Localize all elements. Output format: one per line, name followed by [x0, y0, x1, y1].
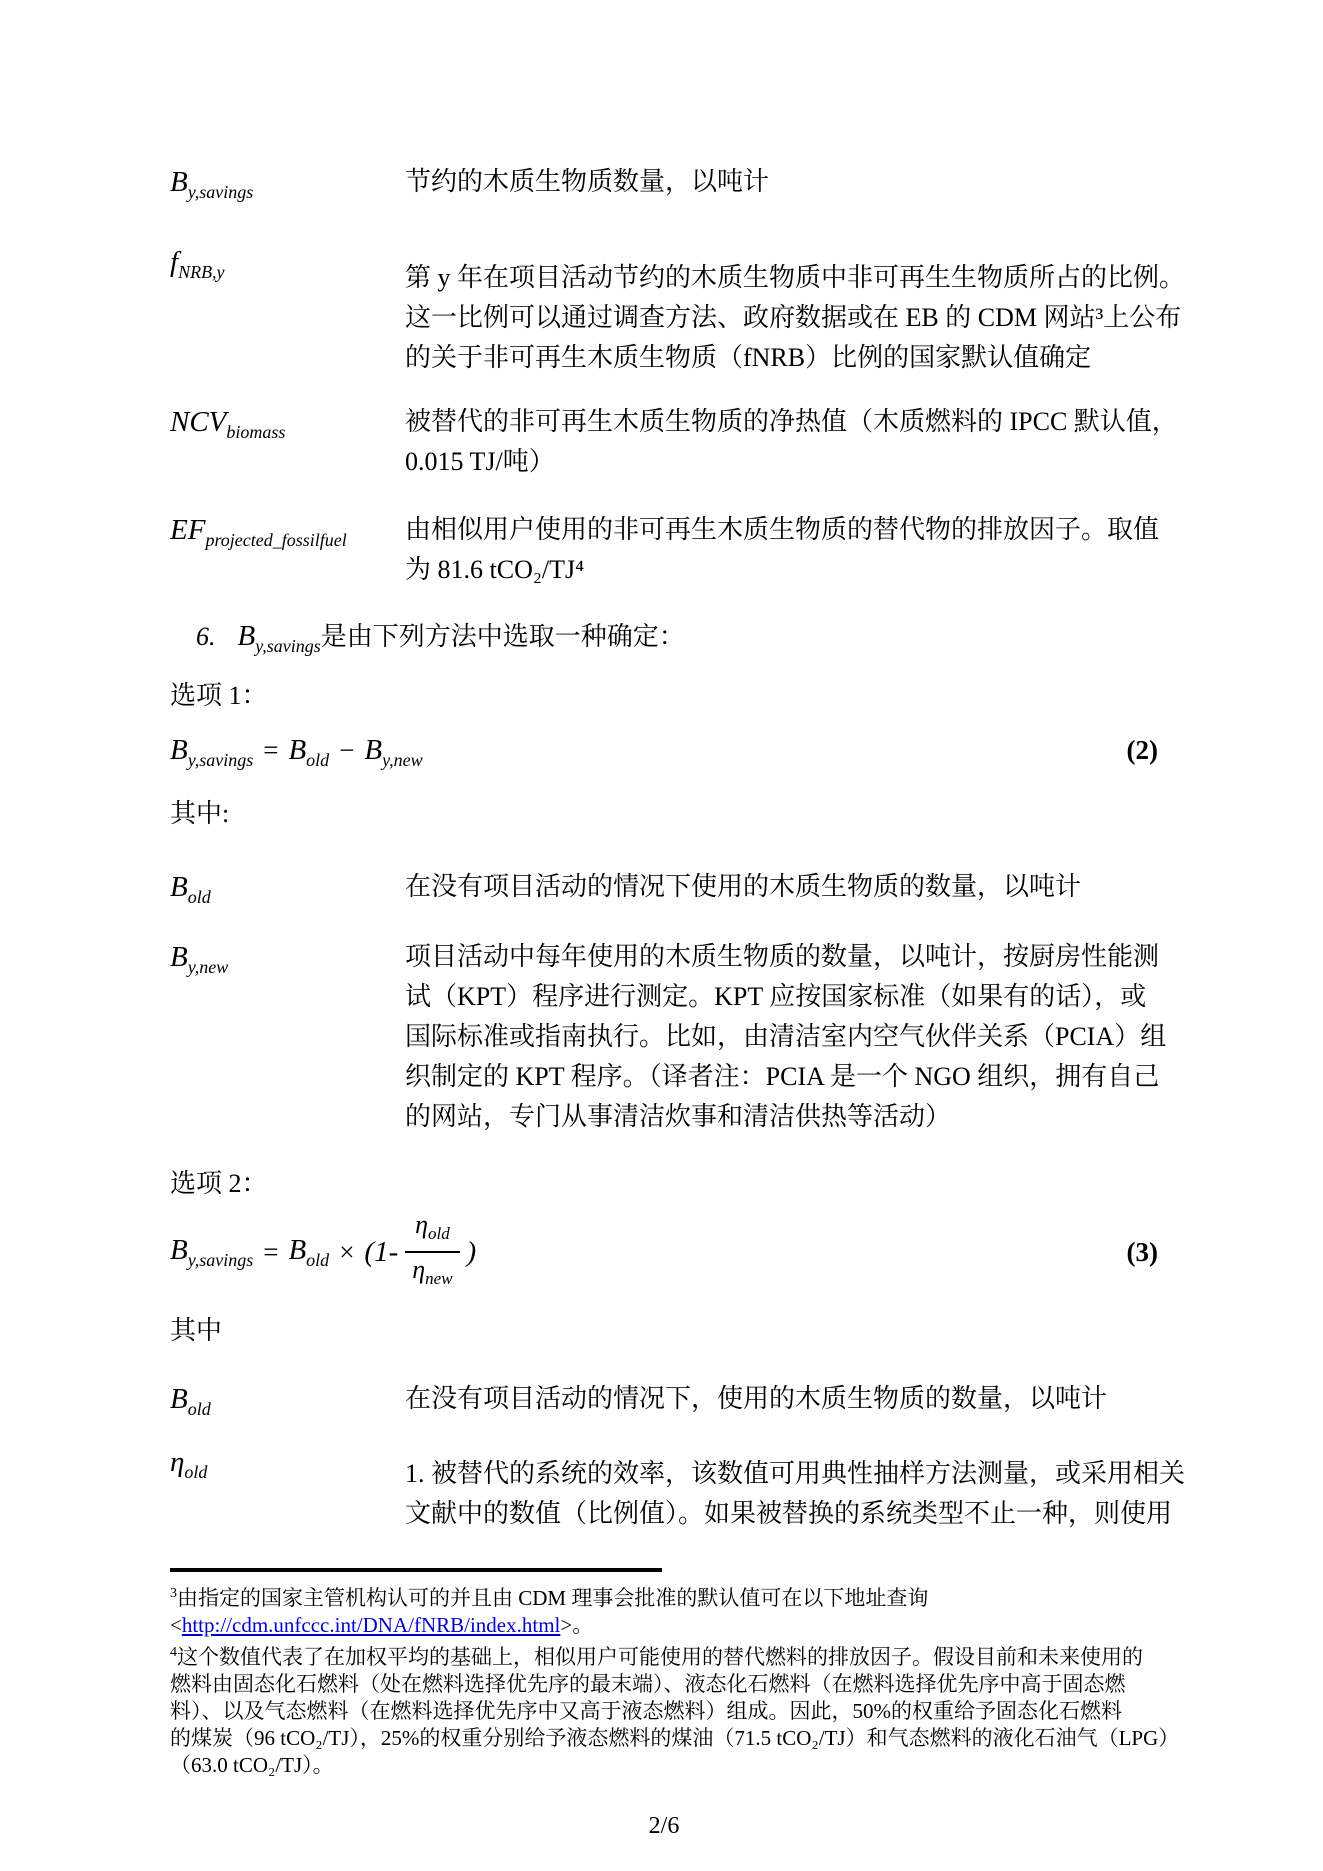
footnotes: 3由指定的国家主管机构认可的并且由 CDM 理事会批准的默认值可在以下地址查询 …	[170, 1580, 1158, 1779]
term-subscript: y,new	[188, 957, 229, 977]
term-base: B	[170, 1383, 188, 1415]
variable: Bold	[288, 1234, 329, 1271]
definition-text: 1. 被替代的系统的效率，该数值可用典性抽样方法测量，或采用相关 文献中的数值（…	[405, 1442, 1185, 1534]
definition-line: 这一比例可以通过调查方法、政府数据或在 EB 的 CDM 网站³上公布	[405, 298, 1185, 338]
fraction-numerator: ηold	[405, 1208, 460, 1253]
term-base: B	[170, 871, 188, 903]
term-base: EF	[170, 514, 205, 546]
fraction-denominator: ηnew	[402, 1253, 462, 1296]
definition-row: NCVbiomass 被替代的非可再生木质生物质的净热值（木质燃料的 IPCC …	[170, 402, 1158, 482]
option-2-label: 选项 2：	[170, 1164, 1158, 1204]
term-subscript: y,savings	[255, 636, 321, 656]
term-subscript: y,savings	[188, 1250, 254, 1270]
term-subscript: projected_fossilfuel	[205, 530, 346, 550]
definition-line: 国际标准或指南执行。比如，由清洁室内空气伙伴关系（PCIA）组	[405, 1017, 1166, 1057]
term-base: B	[364, 734, 382, 766]
term-subscript: y,savings	[188, 182, 254, 202]
footnote-text: 这个数值代表了在加权平均的基础上，相似用户可能使用的替代燃料的排放因子。假设目前…	[177, 1645, 1143, 1669]
variable: By,savings	[170, 728, 253, 783]
term-base: B	[170, 734, 188, 766]
term-symbol: EFprojected_fossilfuel	[170, 510, 405, 560]
footnote-4-line: 的煤炭（96 tCO₂/TJ），25%的权重分别给予液态燃料的煤油（71.5 t…	[170, 1725, 1158, 1752]
equation-number: (3)	[1127, 1237, 1158, 1268]
operator-minus: −	[339, 728, 354, 773]
term-symbol: By,savings	[170, 162, 405, 212]
variable: Bold	[288, 728, 329, 783]
document-page: By,savings 节约的木质生物质数量，以吨计 fNRB,y 第 y 年在项…	[0, 0, 1323, 1871]
footnote-text: 由指定的国家主管机构认可的并且由 CDM 理事会批准的默认值可在以下地址查询	[177, 1586, 928, 1610]
definition-text: 第 y 年在项目活动节约的木质生物质中非可再生生物质所占的比例。 这一比例可以通…	[405, 242, 1185, 378]
equation-body: By,savings = Bold × (1- ηold ηnew )	[170, 1208, 476, 1296]
term-subscript: old	[306, 1250, 329, 1270]
variable: By,savings	[170, 1234, 253, 1271]
definition-row: EFprojected_fossilfuel 由相似用户使用的非可再生木质生物质…	[170, 510, 1158, 590]
equation-body: By,savings = Bold − By,new	[170, 728, 423, 783]
term-subscript: NRB,y	[178, 262, 225, 282]
definition-row: Bold 在没有项目活动的情况下，使用的木质生物质的数量，以吨计	[170, 1379, 1158, 1429]
term-symbol: NCVbiomass	[170, 402, 405, 452]
page-content: By,savings 节约的木质生物质数量，以吨计 fNRB,y 第 y 年在项…	[0, 0, 1323, 1840]
footnote-3-link-line: <http://cdm.unfccc.int/DNA/fNRB/index.ht…	[170, 1612, 1158, 1639]
term-subscript: old	[188, 887, 211, 907]
definition-line: 由相似用户使用的非可再生木质生物质的替代物的排放因子。取值	[405, 510, 1159, 550]
definition-line: 1. 被替代的系统的效率，该数值可用典性抽样方法测量，或采用相关	[405, 1454, 1185, 1494]
term-base: η	[170, 1446, 184, 1478]
term-subscript: biomass	[226, 422, 285, 442]
footnote-4-line: （63.0 tCO₂/TJ）。	[170, 1752, 1158, 1779]
where-label: 其中	[170, 1311, 1158, 1351]
definition-text: 由相似用户使用的非可再生木质生物质的替代物的排放因子。取值 为 81.6 tCO…	[405, 510, 1159, 590]
footnote-link[interactable]: http://cdm.unfccc.int/DNA/fNRB/index.htm…	[182, 1613, 561, 1637]
term-symbol: ηold	[170, 1442, 405, 1492]
operator-equals: =	[263, 1237, 278, 1268]
paragraph-text: 是由下列方法中选取一种确定：	[321, 622, 685, 651]
definition-line: 的关于非可再生木质生物质（fNRB）比例的国家默认值确定	[405, 338, 1185, 378]
term-symbol: By,savings	[238, 620, 321, 652]
footnote-3: 3由指定的国家主管机构认可的并且由 CDM 理事会批准的默认值可在以下地址查询	[170, 1580, 1158, 1612]
definition-line: 试（KPT）程序进行测定。KPT 应按国家标准（如果有的话），或	[405, 977, 1166, 1017]
definition-line: 在没有项目活动的情况下使用的木质生物质的数量，以吨计	[405, 867, 1081, 907]
term-subscript: old	[306, 749, 329, 769]
term-base: η	[412, 1255, 425, 1284]
term-base: NCV	[170, 406, 226, 438]
paragraph-number: 6.	[196, 622, 216, 651]
term-symbol: Bold	[170, 867, 405, 917]
definition-line: 节约的木质生物质数量，以吨计	[405, 162, 769, 202]
term-base: B	[170, 941, 188, 973]
footnote-separator	[170, 1568, 662, 1572]
option-1-label: 选项 1：	[170, 676, 1158, 716]
footnote-4-line: 料）、以及气态燃料（在燃料选择优先序中又高于液态燃料）组成。因此，50%的权重给…	[170, 1698, 1158, 1725]
footnote-4-line: 燃料由固态化石燃料（处在燃料选择优先序的最末端）、液态化石燃料（在燃料选择优先序…	[170, 1671, 1158, 1698]
definition-line: 的网站，专门从事清洁炊事和清洁供热等活动）	[405, 1097, 1166, 1137]
term-subscript: y,new	[382, 749, 423, 769]
definition-row: ηold 1. 被替代的系统的效率，该数值可用典性抽样方法测量，或采用相关 文献…	[170, 1442, 1158, 1534]
fraction: ηold ηnew	[402, 1208, 462, 1296]
term-subscript: new	[425, 1270, 452, 1289]
definition-row: By,savings 节约的木质生物质数量，以吨计	[170, 162, 1158, 212]
footnote-4: 4这个数值代表了在加权平均的基础上，相似用户可能使用的替代燃料的排放因子。假设目…	[170, 1639, 1158, 1671]
close-paren: )	[467, 1236, 477, 1269]
definition-line: 在没有项目活动的情况下，使用的木质生物质的数量，以吨计	[405, 1379, 1107, 1419]
definition-line: 为 81.6 tCO₂/TJ⁴	[405, 550, 1159, 590]
term-symbol: By,new	[170, 937, 405, 987]
definition-text: 被替代的非可再生木质生物质的净热值（木质燃料的 IPCC 默认值， 0.015 …	[405, 402, 1178, 482]
definition-row: By,new 项目活动中每年使用的木质生物质的数量，以吨计，按厨房性能测 试（K…	[170, 937, 1158, 1137]
variable: By,new	[364, 728, 422, 783]
term-base: B	[170, 166, 188, 198]
term-base: f	[170, 246, 178, 278]
footnote-marker: 3	[170, 1586, 177, 1601]
definition-line: 文献中的数值（比例值）。如果被替换的系统类型不止一种，则使用	[405, 1494, 1185, 1534]
term-subscript: old	[184, 1462, 207, 1482]
link-bracket-open: <	[170, 1613, 182, 1637]
definition-line: 织制定的 KPT 程序。（译者注：PCIA 是一个 NGO 组织，拥有自己	[405, 1057, 1166, 1097]
term-subscript: y,savings	[188, 749, 254, 769]
term-base: η	[415, 1210, 428, 1239]
term-base: B	[170, 1234, 188, 1266]
term-base: B	[288, 734, 306, 766]
term-base: B	[238, 620, 256, 652]
link-bracket-close: >。	[560, 1613, 593, 1637]
definition-line: 项目活动中每年使用的木质生物质的数量，以吨计，按厨房性能测	[405, 937, 1166, 977]
page-number: 2/6	[170, 1813, 1158, 1840]
equation-number: (2)	[1127, 728, 1158, 773]
term-base: B	[288, 1234, 306, 1266]
definition-text: 项目活动中每年使用的木质生物质的数量，以吨计，按厨房性能测 试（KPT）程序进行…	[405, 937, 1166, 1137]
term-symbol: fNRB,y	[170, 242, 405, 292]
definition-text: 节约的木质生物质数量，以吨计	[405, 162, 769, 202]
equation-3: By,savings = Bold × (1- ηold ηnew ) (3)	[170, 1208, 1158, 1296]
definition-text: 在没有项目活动的情况下，使用的木质生物质的数量，以吨计	[405, 1379, 1107, 1419]
definition-line: 被替代的非可再生木质生物质的净热值（木质燃料的 IPCC 默认值，	[405, 402, 1178, 442]
paragraph-6: 6.By,savings是由下列方法中选取一种确定：	[170, 616, 1158, 666]
term-subscript: old	[428, 1224, 450, 1243]
term-subscript: old	[188, 1398, 211, 1418]
definition-row: Bold 在没有项目活动的情况下使用的木质生物质的数量，以吨计	[170, 867, 1158, 917]
definition-line: 0.015 TJ/吨）	[405, 442, 1178, 482]
term-symbol: Bold	[170, 1379, 405, 1429]
operator-equals: =	[263, 728, 278, 773]
definition-line: 第 y 年在项目活动节约的木质生物质中非可再生生物质所占的比例。	[405, 258, 1185, 298]
footnote-marker: 4	[170, 1645, 177, 1660]
equation-2: By,savings = Bold − By,new (2)	[170, 728, 1158, 783]
operator-times: ×	[339, 1237, 354, 1268]
open-paren: (1-	[364, 1236, 398, 1269]
definition-text: 在没有项目活动的情况下使用的木质生物质的数量，以吨计	[405, 867, 1081, 907]
definition-row: fNRB,y 第 y 年在项目活动节约的木质生物质中非可再生生物质所占的比例。 …	[170, 242, 1158, 378]
where-label: 其中:	[170, 794, 1158, 834]
